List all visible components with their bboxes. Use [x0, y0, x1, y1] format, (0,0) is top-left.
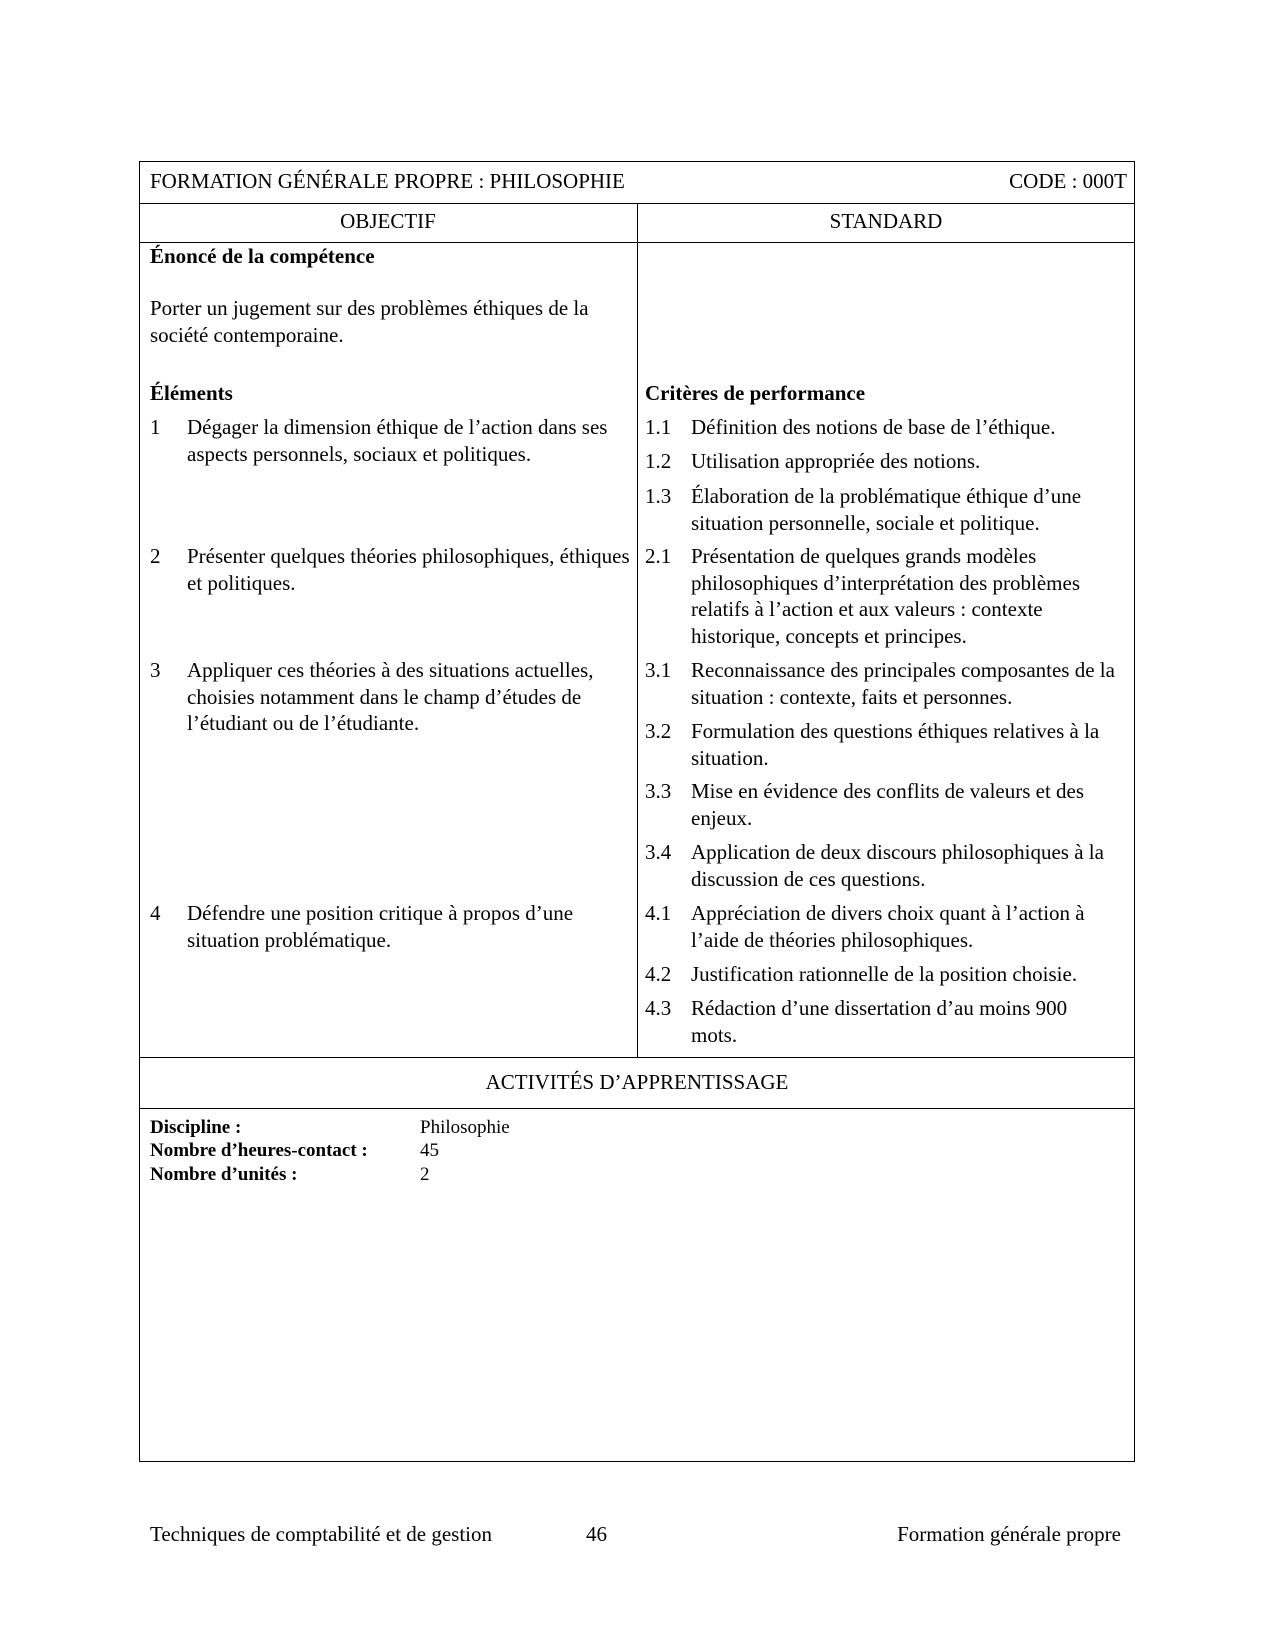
column-heading-standard: STANDARD — [637, 209, 1135, 234]
activity-label-discipline: Discipline : — [150, 1116, 241, 1140]
criterion-text: Utilisation appropriée des notions. — [691, 448, 1131, 475]
criterion-number: 4.1 — [645, 900, 671, 927]
criterion-text: Définition des notions de base de l’éthi… — [691, 414, 1131, 441]
document-title: FORMATION GÉNÉRALE PROPRE : PHILOSOPHIE — [150, 169, 625, 194]
footer-section: Formation générale propre — [897, 1522, 1121, 1547]
activity-label-hours: Nombre d’heures-contact : — [150, 1139, 368, 1163]
criterion-text: Élaboration de la problématique éthique … — [691, 483, 1131, 536]
element-text: Dégager la dimension éthique de l’action… — [187, 414, 632, 467]
element-number: 4 — [150, 900, 161, 927]
criterion-number: 2.1 — [645, 543, 671, 570]
element-number: 1 — [150, 414, 161, 441]
competence-statement: Porter un jugement sur des problèmes éth… — [150, 295, 630, 348]
criteria-heading: Critères de performance — [645, 381, 865, 406]
criterion-number: 3.3 — [645, 778, 671, 805]
criterion-number: 1.2 — [645, 448, 671, 475]
criterion-number: 3.2 — [645, 718, 671, 745]
divider — [139, 1057, 1135, 1058]
element-number: 2 — [150, 543, 161, 570]
criterion-text: Formulation des questions éthiques relat… — [691, 718, 1131, 771]
element-text: Défendre une position critique à propos … — [187, 900, 632, 953]
activity-value-discipline: Philosophie — [420, 1116, 510, 1140]
activity-label-units: Nombre d’unités : — [150, 1163, 297, 1187]
criterion-text: Reconnaissance des principales composant… — [691, 657, 1131, 710]
activity-value-hours: 45 — [420, 1139, 439, 1163]
criterion-number: 3.4 — [645, 839, 671, 866]
criterion-text: Justification rationnelle de la position… — [691, 961, 1131, 988]
column-heading-objectif: OBJECTIF — [139, 209, 637, 234]
criterion-number: 1.3 — [645, 483, 671, 510]
criterion-number: 4.3 — [645, 995, 671, 1022]
elements-heading: Éléments — [150, 381, 233, 406]
element-number: 3 — [150, 657, 161, 684]
criterion-text: Rédaction d’une dissertation d’au moins … — [691, 995, 1071, 1048]
activity-value-units: 2 — [420, 1163, 430, 1187]
page-number: 46 — [586, 1522, 607, 1547]
criterion-text: Présentation de quelques grands modèles … — [691, 543, 1131, 649]
competence-heading: Énoncé de la compétence — [150, 244, 375, 269]
footer-program: Techniques de comptabilité et de gestion — [150, 1522, 492, 1547]
activities-heading: ACTIVITÉS D’APPRENTISSAGE — [139, 1070, 1135, 1095]
criterion-number: 3.1 — [645, 657, 671, 684]
element-text: Appliquer ces théories à des situations … — [187, 657, 632, 737]
divider — [139, 1108, 1135, 1109]
column-divider — [637, 203, 638, 1057]
criterion-number: 4.2 — [645, 961, 671, 988]
criterion-number: 1.1 — [645, 414, 671, 441]
element-text: Présenter quelques théories philosophiqu… — [187, 543, 632, 596]
criterion-text: Mise en évidence des conflits de valeurs… — [691, 778, 1131, 831]
course-code: CODE : 000T — [1009, 169, 1127, 194]
criterion-text: Application de deux discours philosophiq… — [691, 839, 1131, 892]
criterion-text: Appréciation de divers choix quant à l’a… — [691, 900, 1131, 953]
